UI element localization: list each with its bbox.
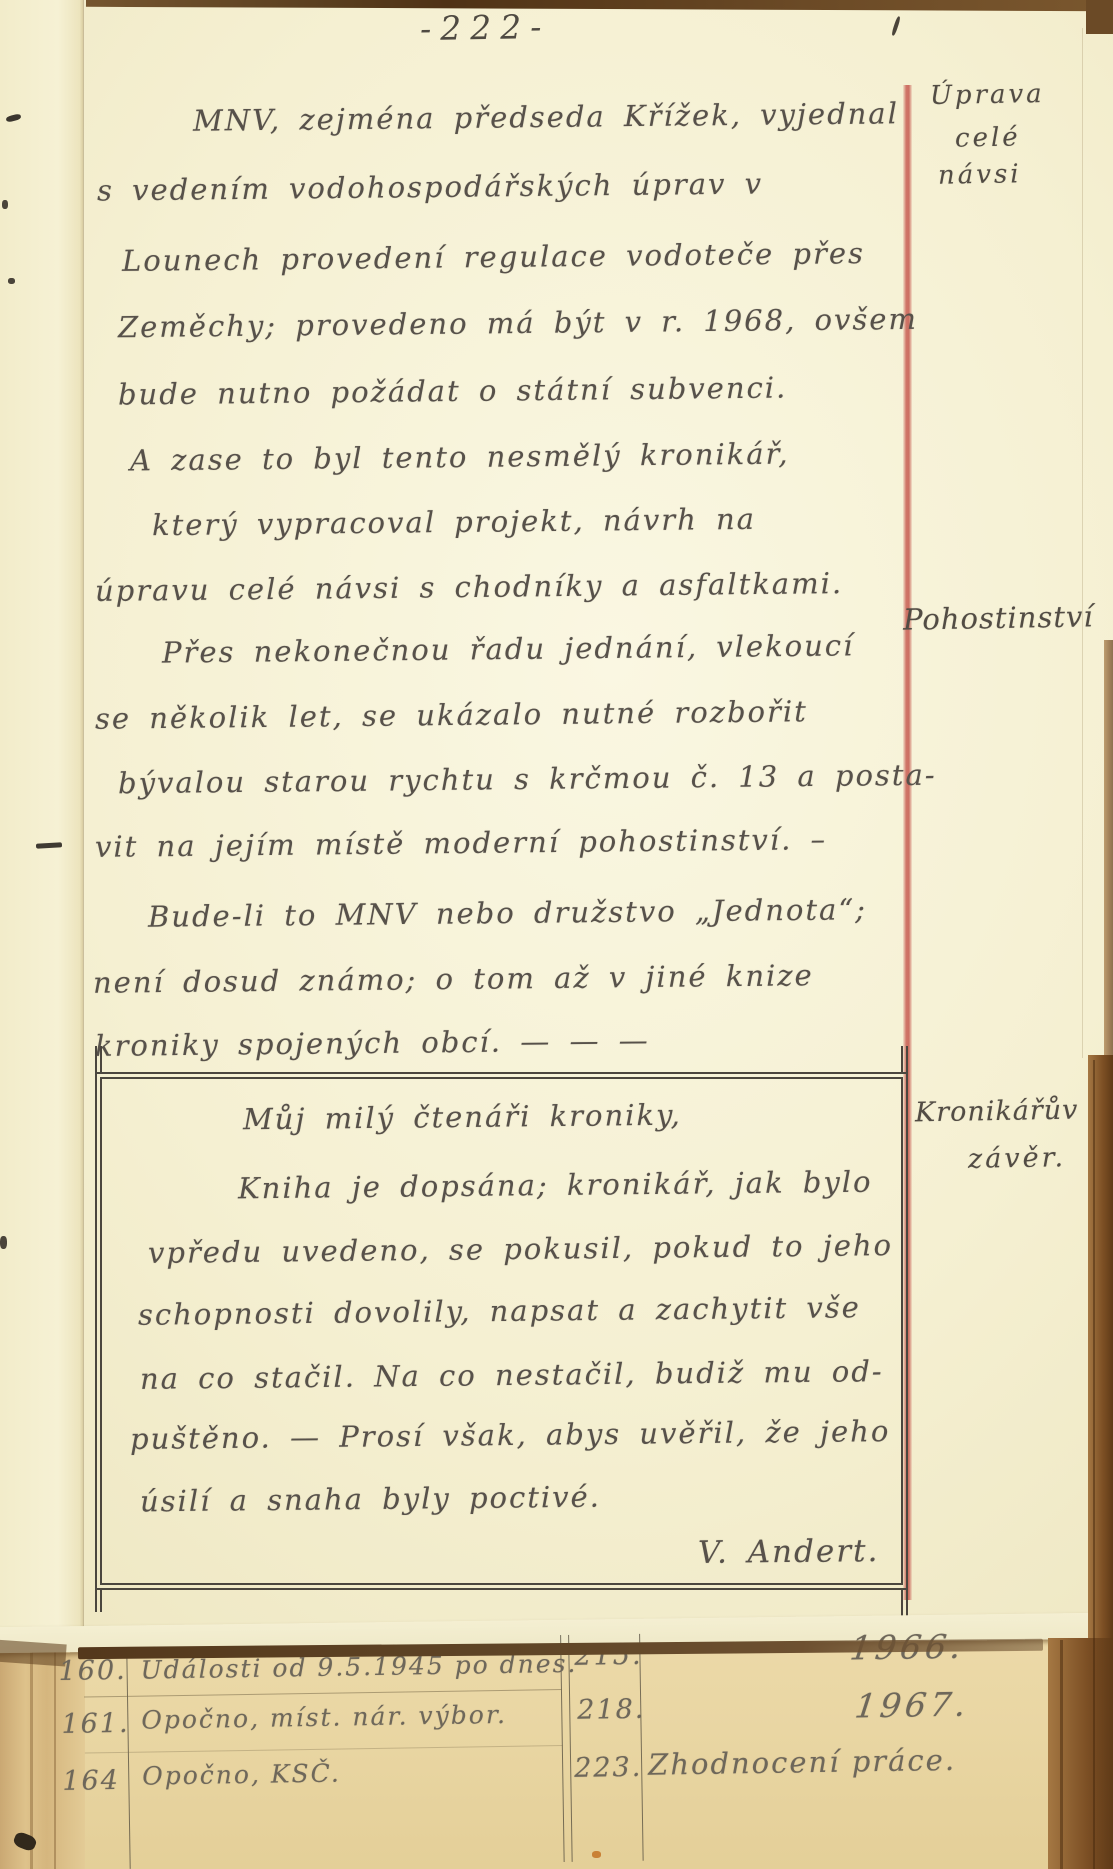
index-row-title: Opočno, míst. nár. výbor. <box>141 1700 507 1735</box>
binding-streak <box>1093 1060 1095 1869</box>
index-row-no: 160. <box>58 1655 127 1687</box>
book-binding-right <box>1048 1638 1113 1869</box>
index-table: 160. Události od 9.5.1945 po dnes. 215. … <box>0 0 1113 1869</box>
margin-mark <box>8 278 15 284</box>
stain-dot <box>592 1851 601 1858</box>
index-row-page: 223. <box>574 1752 643 1784</box>
binding-streak <box>1060 1640 1063 1869</box>
book-binding-right <box>1104 640 1113 1060</box>
margin-mark <box>0 1236 7 1249</box>
index-row-title: Opočno, KSČ. <box>142 1759 341 1791</box>
index-row-no: 164 <box>62 1765 120 1797</box>
index-row-entry: Zhodnocení práce. <box>648 1743 956 1782</box>
book-binding-right <box>1088 1055 1113 1640</box>
index-row-no: 161. <box>61 1708 130 1740</box>
table-row-line <box>84 1689 562 1698</box>
book-edge-top-right <box>1086 0 1113 34</box>
index-row-entry: 1967. <box>853 1685 972 1726</box>
chronicle-page-scan: -222- MNV, zejména předseda Křížek, vyje… <box>0 0 1113 1869</box>
margin-mark <box>2 200 8 209</box>
index-row-page: 218. <box>577 1694 646 1726</box>
table-row-line <box>85 1745 563 1754</box>
